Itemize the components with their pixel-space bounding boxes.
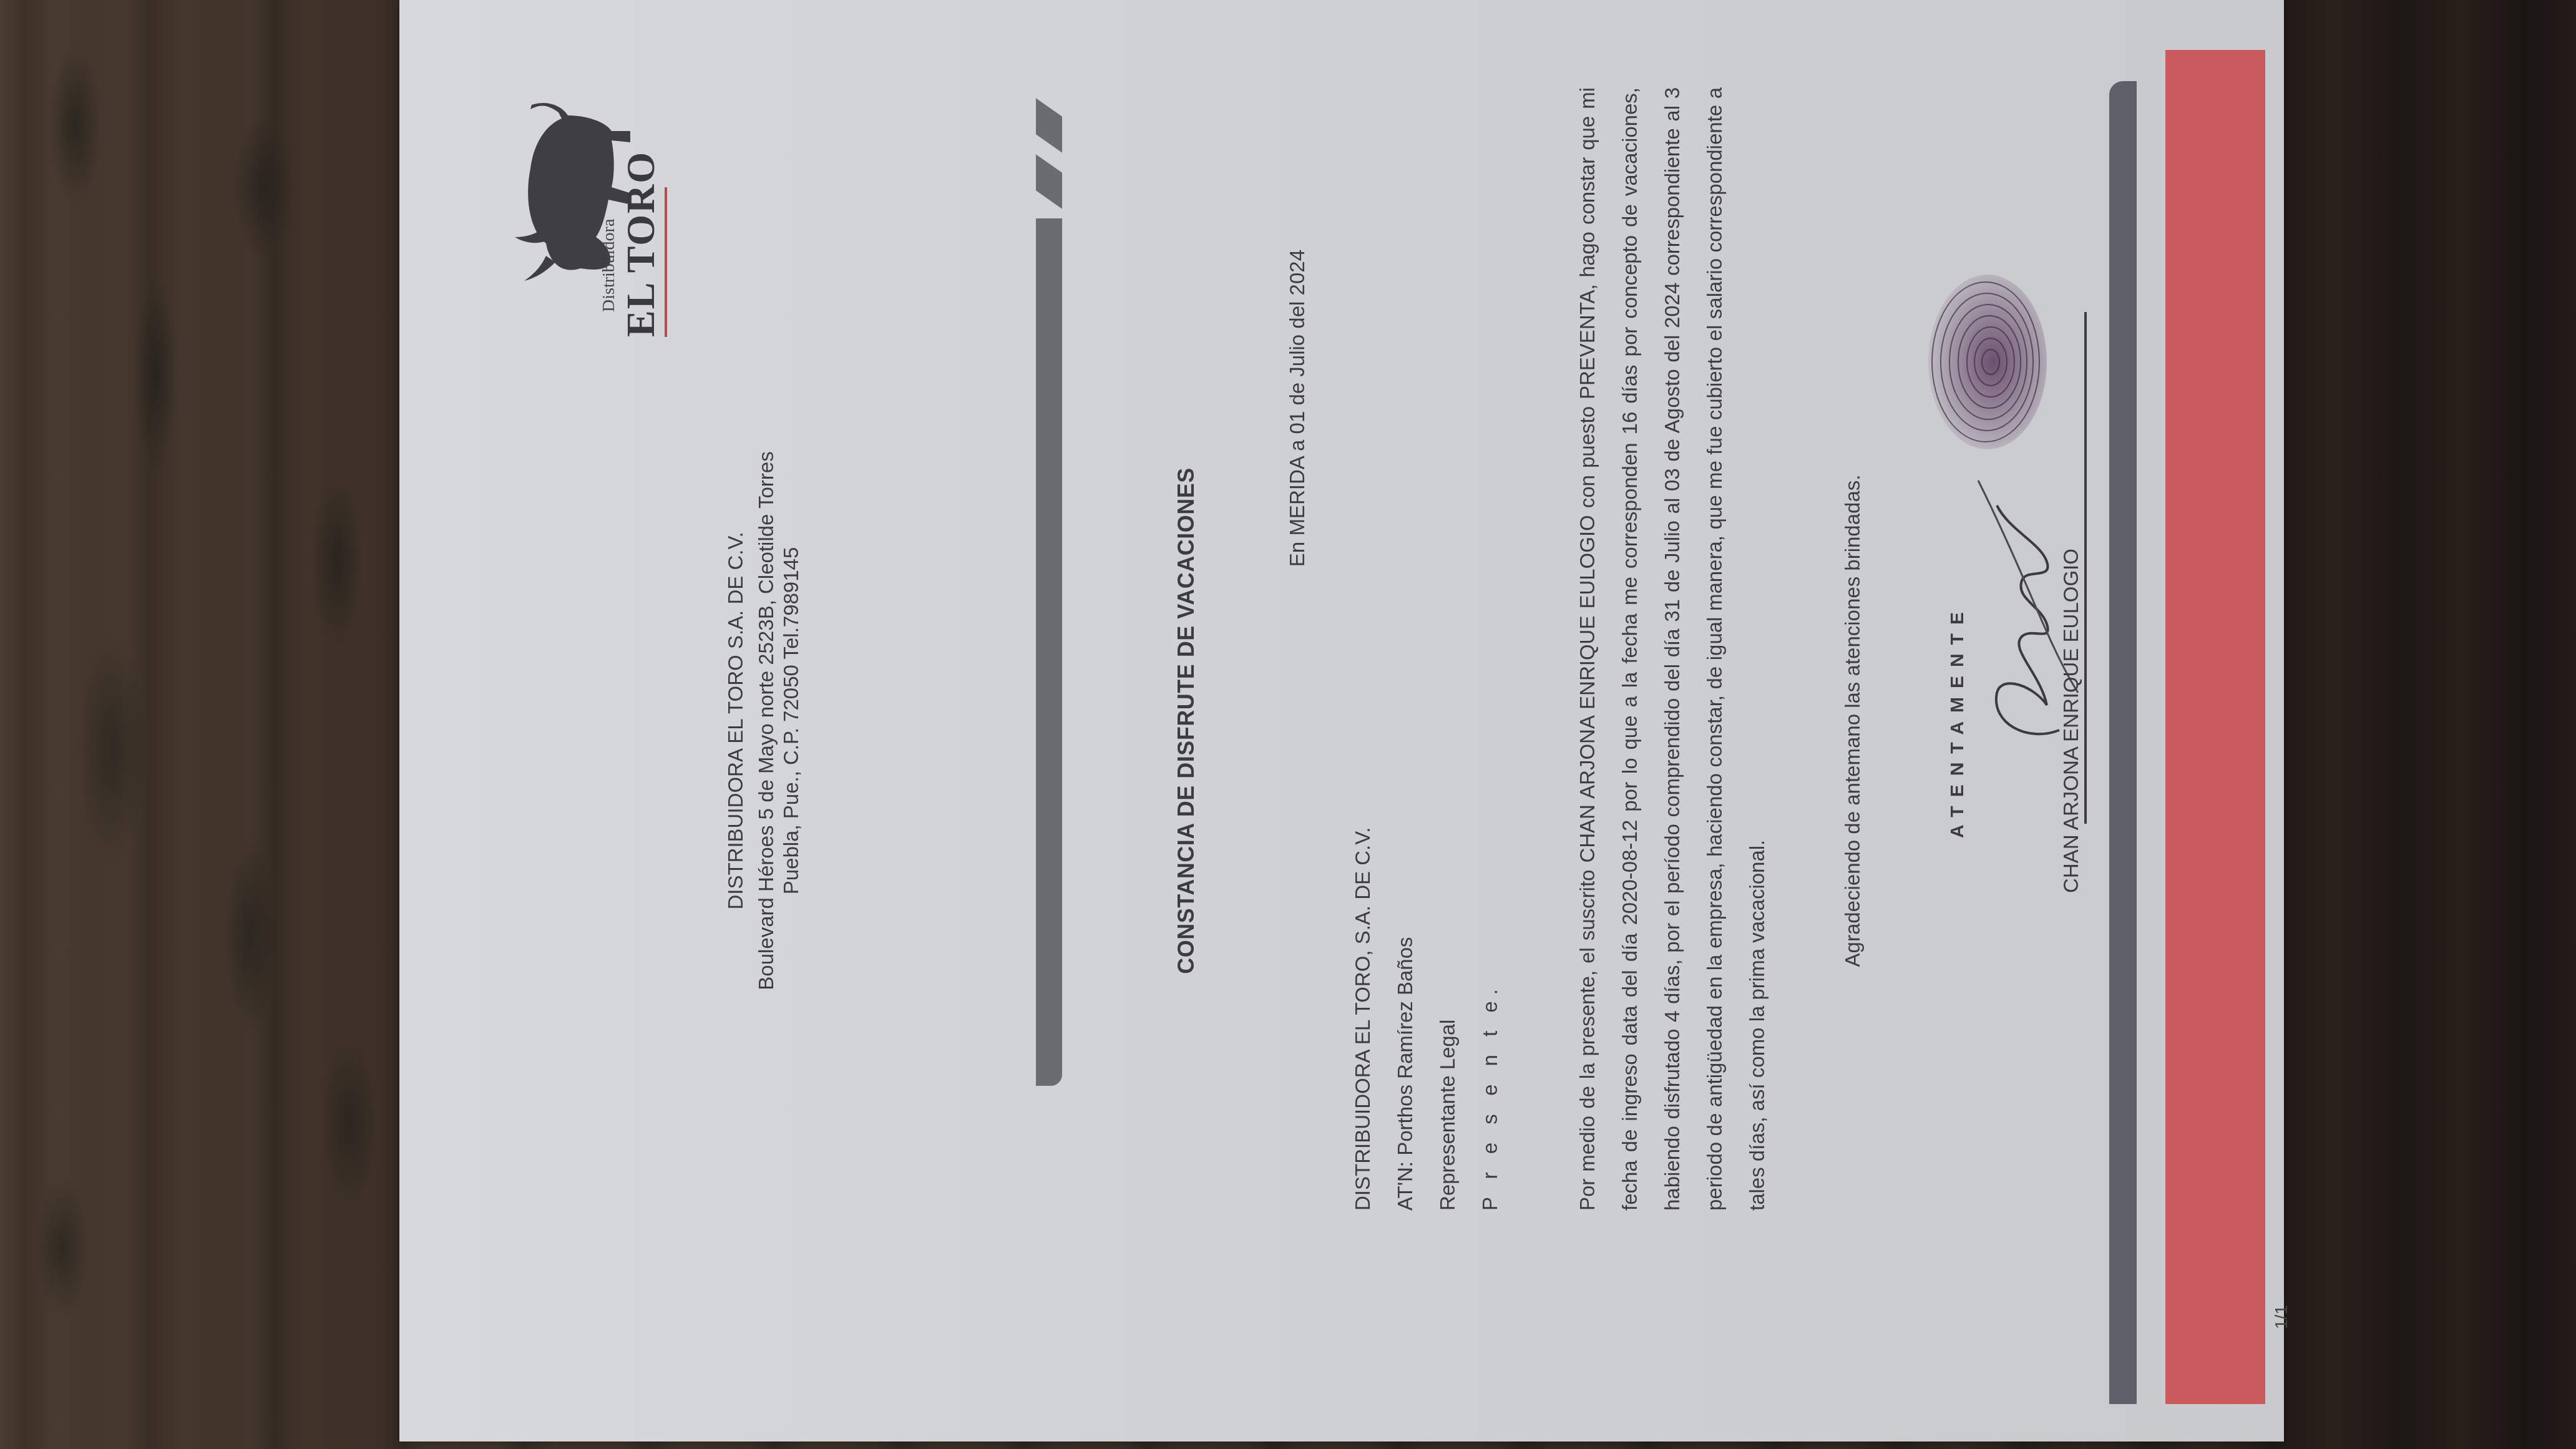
logo-underline [665,187,667,337]
letter-page: Distribuidora EL TORO DISTRIBUIDORA EL T… [399,0,2284,1442]
footer-red-bar [2165,50,2265,1404]
recipient-company: DISTRIBUIDORA EL TORO, S.A. DE C.V. [1342,827,1384,1211]
page-number: 1/1 [2271,1305,2291,1329]
fingerprint-icon [1916,268,2053,456]
body-paragraph: Por medio de la presente, el suscrito CH… [1566,87,1778,1211]
company-name: DISTRIBUIDORA EL TORO S.A. DE C.V. [724,0,748,1442]
logo-subtitle: Distribuidora [599,219,619,312]
recipient-role: Representante Legal [1427,827,1469,1211]
wood-grain-pattern [0,0,399,1449]
logo-wordmark: EL TORO [618,151,664,337]
company-logo: Distribuidora EL TORO [487,100,736,362]
header-divider-dash [1036,154,1062,208]
closing-line: Agradeciendo de antemano las atenciones … [1841,0,1865,1442]
document-title: CONSTANCIA DE DISFRUTE DE VACACIONES [1173,0,1199,1442]
company-address-line1: Boulevard Héroes 5 de Mayo norte 2523B, … [754,0,779,1442]
header-divider-bar [1036,218,1062,1086]
header-divider-dash [1036,98,1062,152]
letterhead: DISTRIBUIDORA EL TORO S.A. DE C.V. Boule… [724,0,804,1442]
recipient-block: DISTRIBUIDORA EL TORO, S.A. DE C.V. AT'N… [1342,827,1511,1211]
signer-name: CHAN ARJONA ENRIQUE EULOGIO [2059,0,2083,1442]
company-address-line2: Puebla, Pue., C.P. 72050 Tel.7989145 [779,0,804,1442]
date-line: En MERIDA a 01 de Julio del 2024 [1286,250,1309,567]
signature-line [2084,312,2087,824]
document-photo: Distribuidora EL TORO DISTRIBUIDORA EL T… [399,0,2284,1442]
recipient-attention: AT'N: Porthos Ramírez Baños [1384,827,1427,1211]
recipient-greeting: P r e s e n t e. [1469,827,1511,1211]
footer-gray-bar [2109,81,2137,1404]
